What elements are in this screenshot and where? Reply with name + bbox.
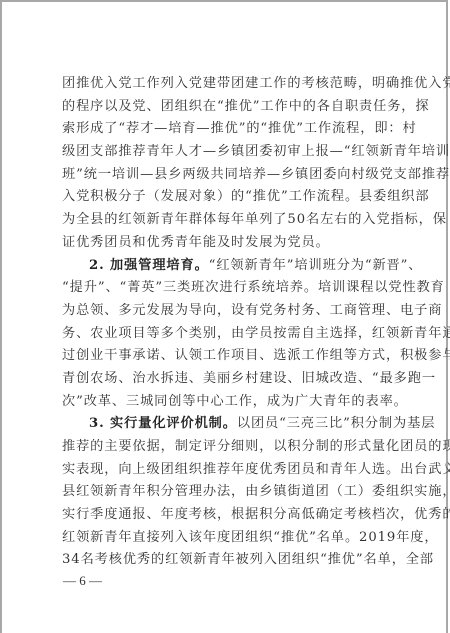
text-line: 推荐的主要依据，制定评分细则，以积分制的形式量化团员的现 xyxy=(62,436,393,459)
text-line: “红领新青年”培训班分为“新晋”、 xyxy=(209,258,423,273)
text-line: 团推优入党工作列入党建带团建工作的考核范畴，明确推优入党 xyxy=(62,73,393,96)
section-2-first-line: 2. 加强管理培育。“红领新青年”培训班分为“新晋”、 xyxy=(62,255,393,278)
text-line: 为总领、多元发展为导向，设有党务村务、工商管理、电子商 xyxy=(62,300,393,323)
text-line: 实行季度通报、年度考核，根据积分高低确定考核档次，优秀的 xyxy=(62,504,393,527)
text-line: 证优秀团员和优秀青年能及时发展为党员。 xyxy=(62,232,393,255)
page-number: — 6 — xyxy=(63,573,102,589)
document-body: 团推优入党工作列入党建带团建工作的考核范畴，明确推优入党 的程序以及党、团组织在… xyxy=(62,73,393,572)
text-line: 次”改革、三城同创等中心工作，成为广大青年的表率。 xyxy=(62,391,393,414)
text-line: 班”统一培训—县乡两级共同培养—乡镇团委向村级党支部推荐 xyxy=(62,164,393,187)
text-line: 索形成了“荐才—培育—推优”的“推优”工作流程，即：村 xyxy=(62,118,393,141)
text-line: 务、农业项目等多个类别，由学员按需自主选择，红领新青年通 xyxy=(62,323,393,346)
text-line: 以团员“三亮三比”积分制为基层 xyxy=(237,416,435,431)
text-line: 实表现，向上级团组织推荐年度优秀团员和青年人选。出台武义 xyxy=(62,459,393,482)
document-page: 团推优入党工作列入党建带团建工作的考核范畴，明确推优入党 的程序以及党、团组织在… xyxy=(0,0,448,633)
text-line: 过创业干事承诺、认领工作项目、选派工作组等方式，积极参与 xyxy=(62,345,393,368)
section-heading-2: 2. 加强管理培育。 xyxy=(89,258,209,273)
section-heading-3: 3. 实行量化评价机制。 xyxy=(89,416,237,431)
text-line: 青创农场、治水拆违、美丽乡村建设、旧城改造、“最多跑一 xyxy=(62,368,393,391)
text-line: 县红领新青年积分管理办法，由乡镇街道团（工）委组织实施， xyxy=(62,481,393,504)
text-line: 34名考核优秀的红领新青年被列入团组织“推优”名单，全部 xyxy=(62,549,393,572)
text-line: 级团支部推荐青年人才—乡镇团委初审上报—“红领新青年培训 xyxy=(62,141,393,164)
section-3-first-line: 3. 实行量化评价机制。以团员“三亮三比”积分制为基层 xyxy=(62,413,393,436)
text-line: “提升”、“菁英”三类班次进行系统培养。培训课程以党性教育 xyxy=(62,277,393,300)
text-line: 的程序以及党、团组织在“推优”工作中的各自职责任务，探 xyxy=(62,96,393,119)
text-line: 入党积极分子（发展对象）的“推优”工作流程。县委组织部 xyxy=(62,186,393,209)
text-line: 为全县的红领新青年群体每年单列了50名左右的入党指标，保 xyxy=(62,209,393,232)
text-line: 红领新青年直接列入该年度团组织“推优”名单。2019年度， xyxy=(62,527,393,550)
